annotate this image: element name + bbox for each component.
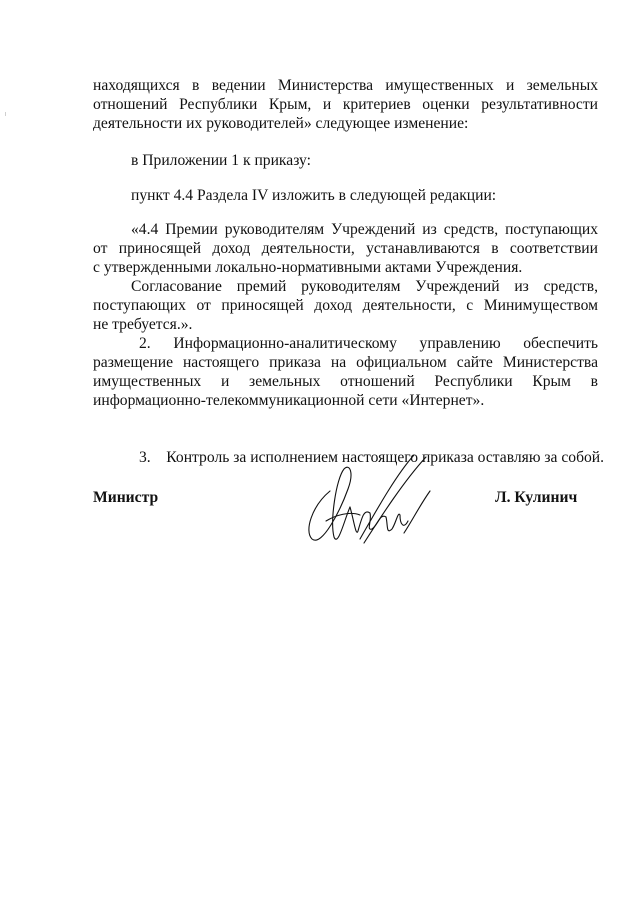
intro-line-3: деятельности их руководителей» следующее… xyxy=(93,114,598,133)
signatory-name: Л. Кулинич xyxy=(495,489,577,507)
clause-reference: пункт 4.4 Раздела IV изложить в следующе… xyxy=(93,186,598,205)
handwritten-signature-icon xyxy=(300,451,440,556)
signature-block: Министр Л. Кулинич xyxy=(0,481,639,541)
clause-line-1: «4.4 Премии руководителям Учреждений из … xyxy=(93,220,598,239)
appendix-reference-text: в Приложении 1 к приказу: xyxy=(131,151,598,170)
clause-line-2: от приносящей доход деятельности, устана… xyxy=(93,239,598,258)
item2-line-4: информационно-телекоммуникационной сети … xyxy=(93,391,598,410)
clause-paragraph: «4.4 Премии руководителям Учреждений из … xyxy=(93,220,598,334)
clause-reference-text: пункт 4.4 Раздела IV изложить в следующе… xyxy=(131,186,598,205)
intro-paragraph: находящихся в ведении Министерства имуще… xyxy=(93,76,598,133)
agreement-line-3: не требуется.». xyxy=(93,315,598,334)
agreement-line-1: Согласование премий руководителям Учрежд… xyxy=(93,277,598,296)
appendix-reference: в Приложении 1 к приказу: xyxy=(93,151,598,170)
item2-line-2: размещение настоящего приказа на официал… xyxy=(93,353,598,372)
clause-line-3: с утвержденными локально-нормативными ак… xyxy=(93,258,598,277)
item-2-paragraph: 2. Информационно-аналитическому управлен… xyxy=(93,334,598,410)
agreement-line-2: поступающих от приносящей доход деятельн… xyxy=(93,296,598,315)
item2-line-3: имущественных и земельных отношений Респ… xyxy=(93,372,598,391)
item2-line-1: 2. Информационно-аналитическому управлен… xyxy=(93,334,598,353)
document-page: находящихся в ведении Министерства имуще… xyxy=(0,0,639,905)
intro-line-1: находящихся в ведении Министерства имуще… xyxy=(93,76,598,95)
intro-line-2: отношений Республики Крым, и критериев о… xyxy=(93,95,598,114)
signatory-title: Министр xyxy=(93,489,158,507)
scan-artifact xyxy=(5,112,6,116)
